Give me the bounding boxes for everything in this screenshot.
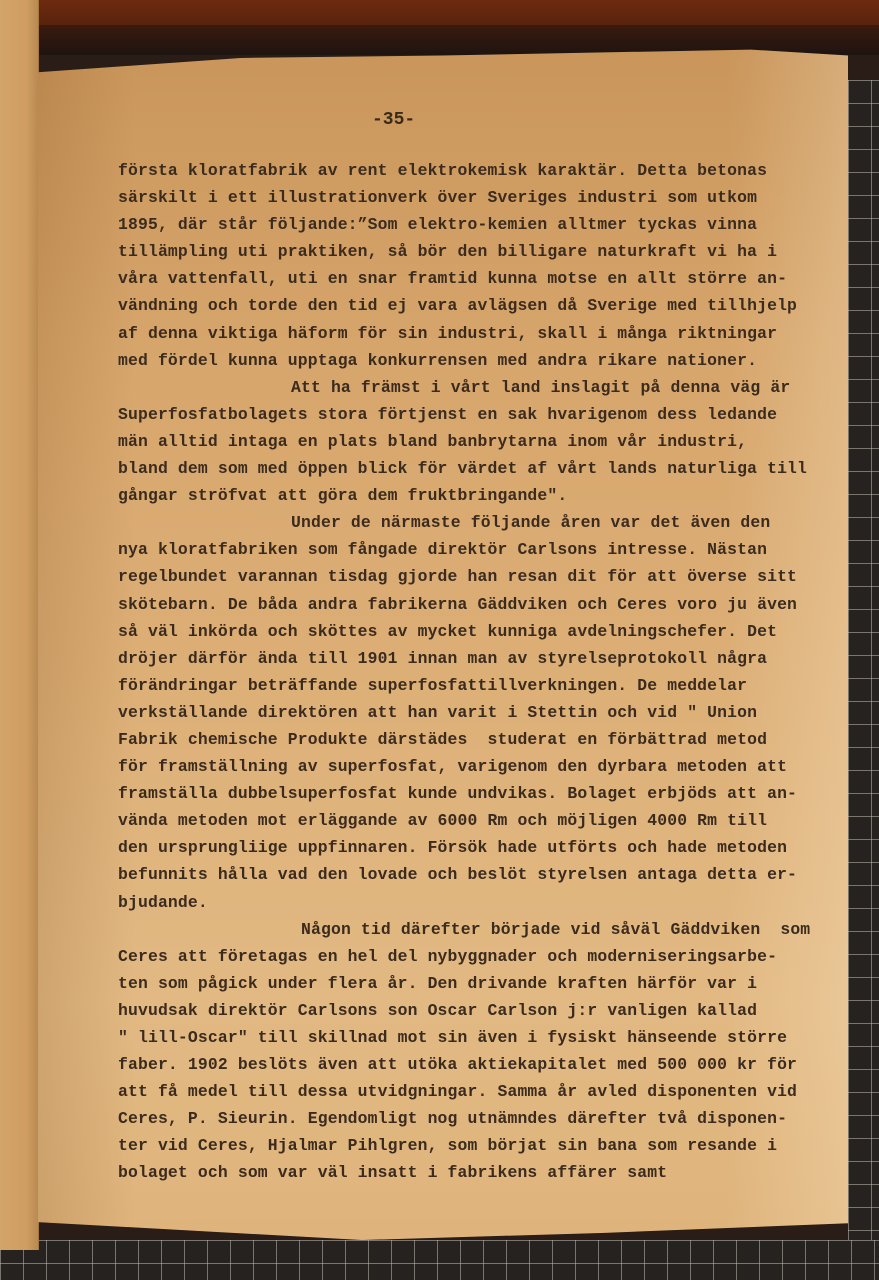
- text-line: män alltid intaga en plats bland banbryt…: [118, 428, 848, 455]
- text-line: Att ha främst i vårt land inslagit på de…: [118, 374, 848, 401]
- paragraph-4: Någon tid därefter började vid såväl Gäd…: [118, 916, 848, 1187]
- text-line: skötebarn. De båda andra fabrikerna Gädd…: [118, 591, 848, 618]
- page-number: -35-: [372, 110, 415, 130]
- paragraph-1: första kloratfabrik av rent elektrokemis…: [118, 157, 848, 374]
- text-line: gångar ströfvat att göra dem fruktbringa…: [118, 482, 848, 509]
- paragraph-3: Under de närmaste följande åren var det …: [118, 509, 848, 915]
- text-line: förändringar beträffande superfosfattill…: [118, 672, 848, 699]
- text-line: första kloratfabrik av rent elektrokemis…: [118, 157, 848, 184]
- text-line: vända metoden mot erläggande av 6000 Rm …: [118, 807, 848, 834]
- cutting-mat-bottom: [0, 1240, 879, 1280]
- text-line: bland dem som med öppen blick för värdet…: [118, 455, 848, 482]
- text-line: bolaget och som var väl insatt i fabrike…: [118, 1159, 848, 1186]
- text-line: den ursprungliige uppfinnaren. Försök ha…: [118, 834, 848, 861]
- text-line: 1895, där står följande:”Som elektro-kem…: [118, 211, 848, 238]
- text-line: framställa dubbelsuperfosfat kunde undvi…: [118, 780, 848, 807]
- text-line: Fabrik chemische Produkte därstädes stud…: [118, 726, 848, 753]
- text-line: befunnits hålla vad den lovade och beslö…: [118, 861, 848, 888]
- text-line: Under de närmaste följande åren var det …: [118, 509, 848, 536]
- text-line: af denna viktiga häform för sin industri…: [118, 320, 848, 347]
- text-line: " lill-Oscar" till skillnad mot sin även…: [118, 1024, 848, 1051]
- text-line: så väl inkörda och sköttes av mycket kun…: [118, 618, 848, 645]
- paragraph-2: Att ha främst i vårt land inslagit på de…: [118, 374, 848, 509]
- previous-page-edge: [0, 0, 39, 1250]
- text-line: dröjer därför ända till 1901 innan man a…: [118, 645, 848, 672]
- text-line: Ceres, P. Sieurin. Egendomligt nog utnäm…: [118, 1105, 848, 1132]
- text-line: Superfosfatbolagets stora förtjenst en s…: [118, 401, 848, 428]
- cutting-mat-right: [848, 80, 879, 1280]
- text-line: Någon tid därefter började vid såväl Gäd…: [118, 916, 848, 943]
- text-line: faber. 1902 beslöts även att utöka aktie…: [118, 1051, 848, 1078]
- text-line: nya kloratfabriken som fångade direktör …: [118, 536, 848, 563]
- typewritten-body: första kloratfabrik av rent elektrokemis…: [118, 157, 848, 1187]
- text-line: regelbundet varannan tisdag gjorde han r…: [118, 563, 848, 590]
- text-line: ter vid Ceres, Hjalmar Pihlgren, som bör…: [118, 1132, 848, 1159]
- text-line: huvudsak direktör Carlsons son Oscar Car…: [118, 997, 848, 1024]
- text-line: bjudande.: [118, 889, 848, 916]
- text-line: tillämpling uti praktiken, så bör den bi…: [118, 238, 848, 265]
- text-line: att få medel till dessa utvidgningar. Sa…: [118, 1078, 848, 1105]
- text-line: Ceres att företagas en hel del nybyggnad…: [118, 943, 848, 970]
- text-line: för framställning av superfosfat, varige…: [118, 753, 848, 780]
- text-line: med fördel kunna upptaga konkurrensen me…: [118, 347, 848, 374]
- text-line: våra vattenfall, uti en snar framtid kun…: [118, 265, 848, 292]
- text-line: särskilt i ett illustrationverk över Sve…: [118, 184, 848, 211]
- text-line: ten som pågick under flera år. Den driva…: [118, 970, 848, 997]
- text-line: vändning och torde den tid ej vara avläg…: [118, 292, 848, 319]
- text-line: verkställande direktören att han varit i…: [118, 699, 848, 726]
